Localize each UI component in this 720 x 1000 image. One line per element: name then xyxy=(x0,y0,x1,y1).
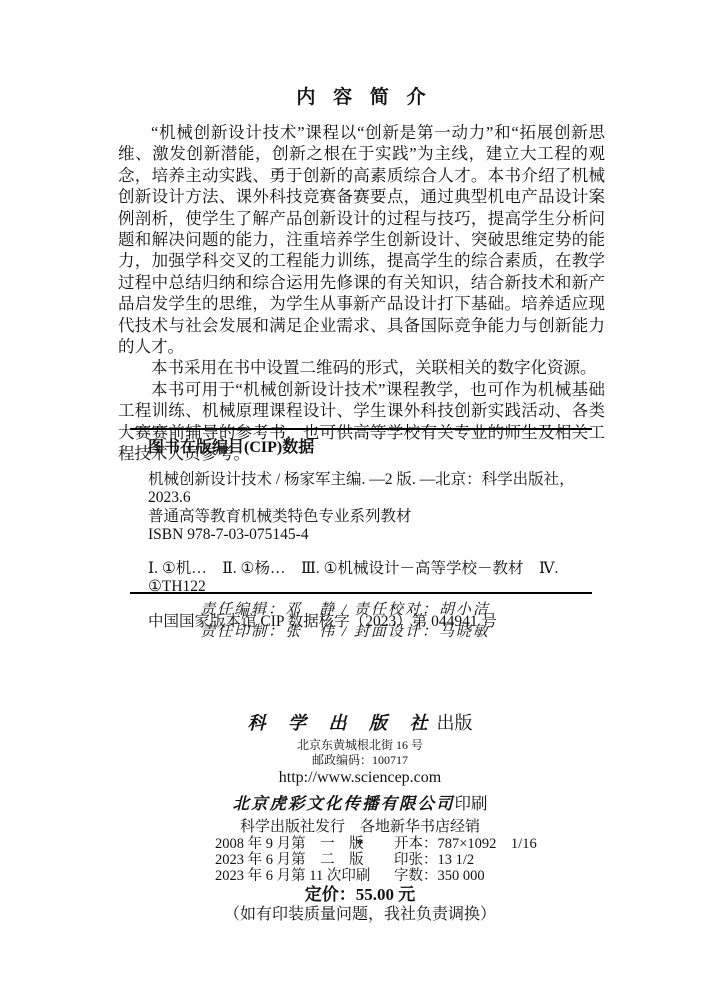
publisher-website: http://www.sciencep.com xyxy=(0,769,720,787)
colophon-block: 科 学 出 版 社出版 北京东黄城根北街 16 号 邮政编码：100717 ht… xyxy=(0,711,720,851)
credits-block: 责任编辑：邓 静 / 责任校对：胡小洁 责任印制：张 伟 / 封面设计：马晓敏 xyxy=(0,599,690,643)
edition-row-2: 2023 年 6 月第 二 版 印张：13 1/2 xyxy=(215,853,515,869)
edition-row-3: 2023 年 6 月第 11 次印刷 字数：350 000 xyxy=(215,869,515,885)
edition-printing: 2023 年 6 月第 11 次印刷 xyxy=(215,869,378,885)
publisher-postcode: 邮政编码：100717 xyxy=(0,753,720,767)
publisher-name: 科 学 出 版 社 xyxy=(248,713,437,733)
cip-isbn-line: ISBN 978-7-03-075145-4 xyxy=(148,526,592,545)
distribution-line: 科学出版社发行 各地新华书店经销 xyxy=(0,819,720,836)
intro-heading: 内 容 简 介 xyxy=(118,82,605,109)
printer-name: 北京虎彩文化传播有限公司 xyxy=(233,794,455,813)
publisher-role: 出版 xyxy=(437,713,473,733)
edition-sheets: 印张：13 1/2 xyxy=(394,853,474,869)
cip-series-line: 普通高等教育机械类特色专业系列教材 xyxy=(148,508,592,527)
printer-role: 印刷 xyxy=(455,794,488,813)
cip-record-line: 机械创新设计技术 / 杨家军主编. —2 版. —北京：科学出版社，2023.6 xyxy=(148,471,592,508)
edition-date-1: 2008 年 9 月第 一 版 xyxy=(215,837,378,853)
printer-line: 北京虎彩文化传播有限公司印刷 xyxy=(0,794,720,814)
edition-date-2: 2023 年 6 月第 二 版 xyxy=(215,853,378,869)
price-line: 定价：55.00 元 xyxy=(0,885,720,905)
copyright-page: 内 容 简 介 “机械创新设计技术”课程以“创新是第一动力”和“拓展创新思维、激… xyxy=(0,0,720,1000)
cip-classification-line: Ⅰ. ①机… Ⅱ. ①杨… Ⅲ. ①机械设计－高等学校－教材 Ⅳ. ①TH122 xyxy=(148,560,592,597)
publisher-imprint-line: 科 学 出 版 社出版 xyxy=(0,711,720,735)
edition-block: 2008 年 9 月第 一 版 开本：787×1092 1/16 2023 年 … xyxy=(215,837,515,884)
publisher-address: 北京东黄城根北街 16 号 xyxy=(0,738,720,752)
cip-heading: 图书在版编目(CIP)数据 xyxy=(148,439,592,458)
cip-data-box: 图书在版编目(CIP)数据 机械创新设计技术 / 杨家军主编. —2 版. —北… xyxy=(130,428,592,594)
credits-printing-line: 责任印制：张 伟 / 封面设计：马晓敏 xyxy=(0,621,690,643)
exchange-note: （如有印装质量问题，我社负责调换） xyxy=(0,905,720,925)
credits-editors-line: 责任编辑：邓 静 / 责任校对：胡小洁 xyxy=(0,599,690,621)
intro-paragraph-1: “机械创新设计技术”课程以“创新是第一动力”和“拓展创新思维、激发创新潜能，创新… xyxy=(118,122,605,357)
edition-format: 开本：787×1092 1/16 xyxy=(394,837,537,853)
intro-section: 内 容 简 介 “机械创新设计技术”课程以“创新是第一动力”和“拓展创新思维、激… xyxy=(118,82,605,465)
edition-row-1: 2008 年 9 月第 一 版 开本：787×1092 1/16 xyxy=(215,837,515,853)
edition-wordcount: 字数：350 000 xyxy=(394,869,485,885)
intro-paragraph-2: 本书采用在书中设置二维码的形式，关联相关的数字化资源。 xyxy=(118,357,605,378)
